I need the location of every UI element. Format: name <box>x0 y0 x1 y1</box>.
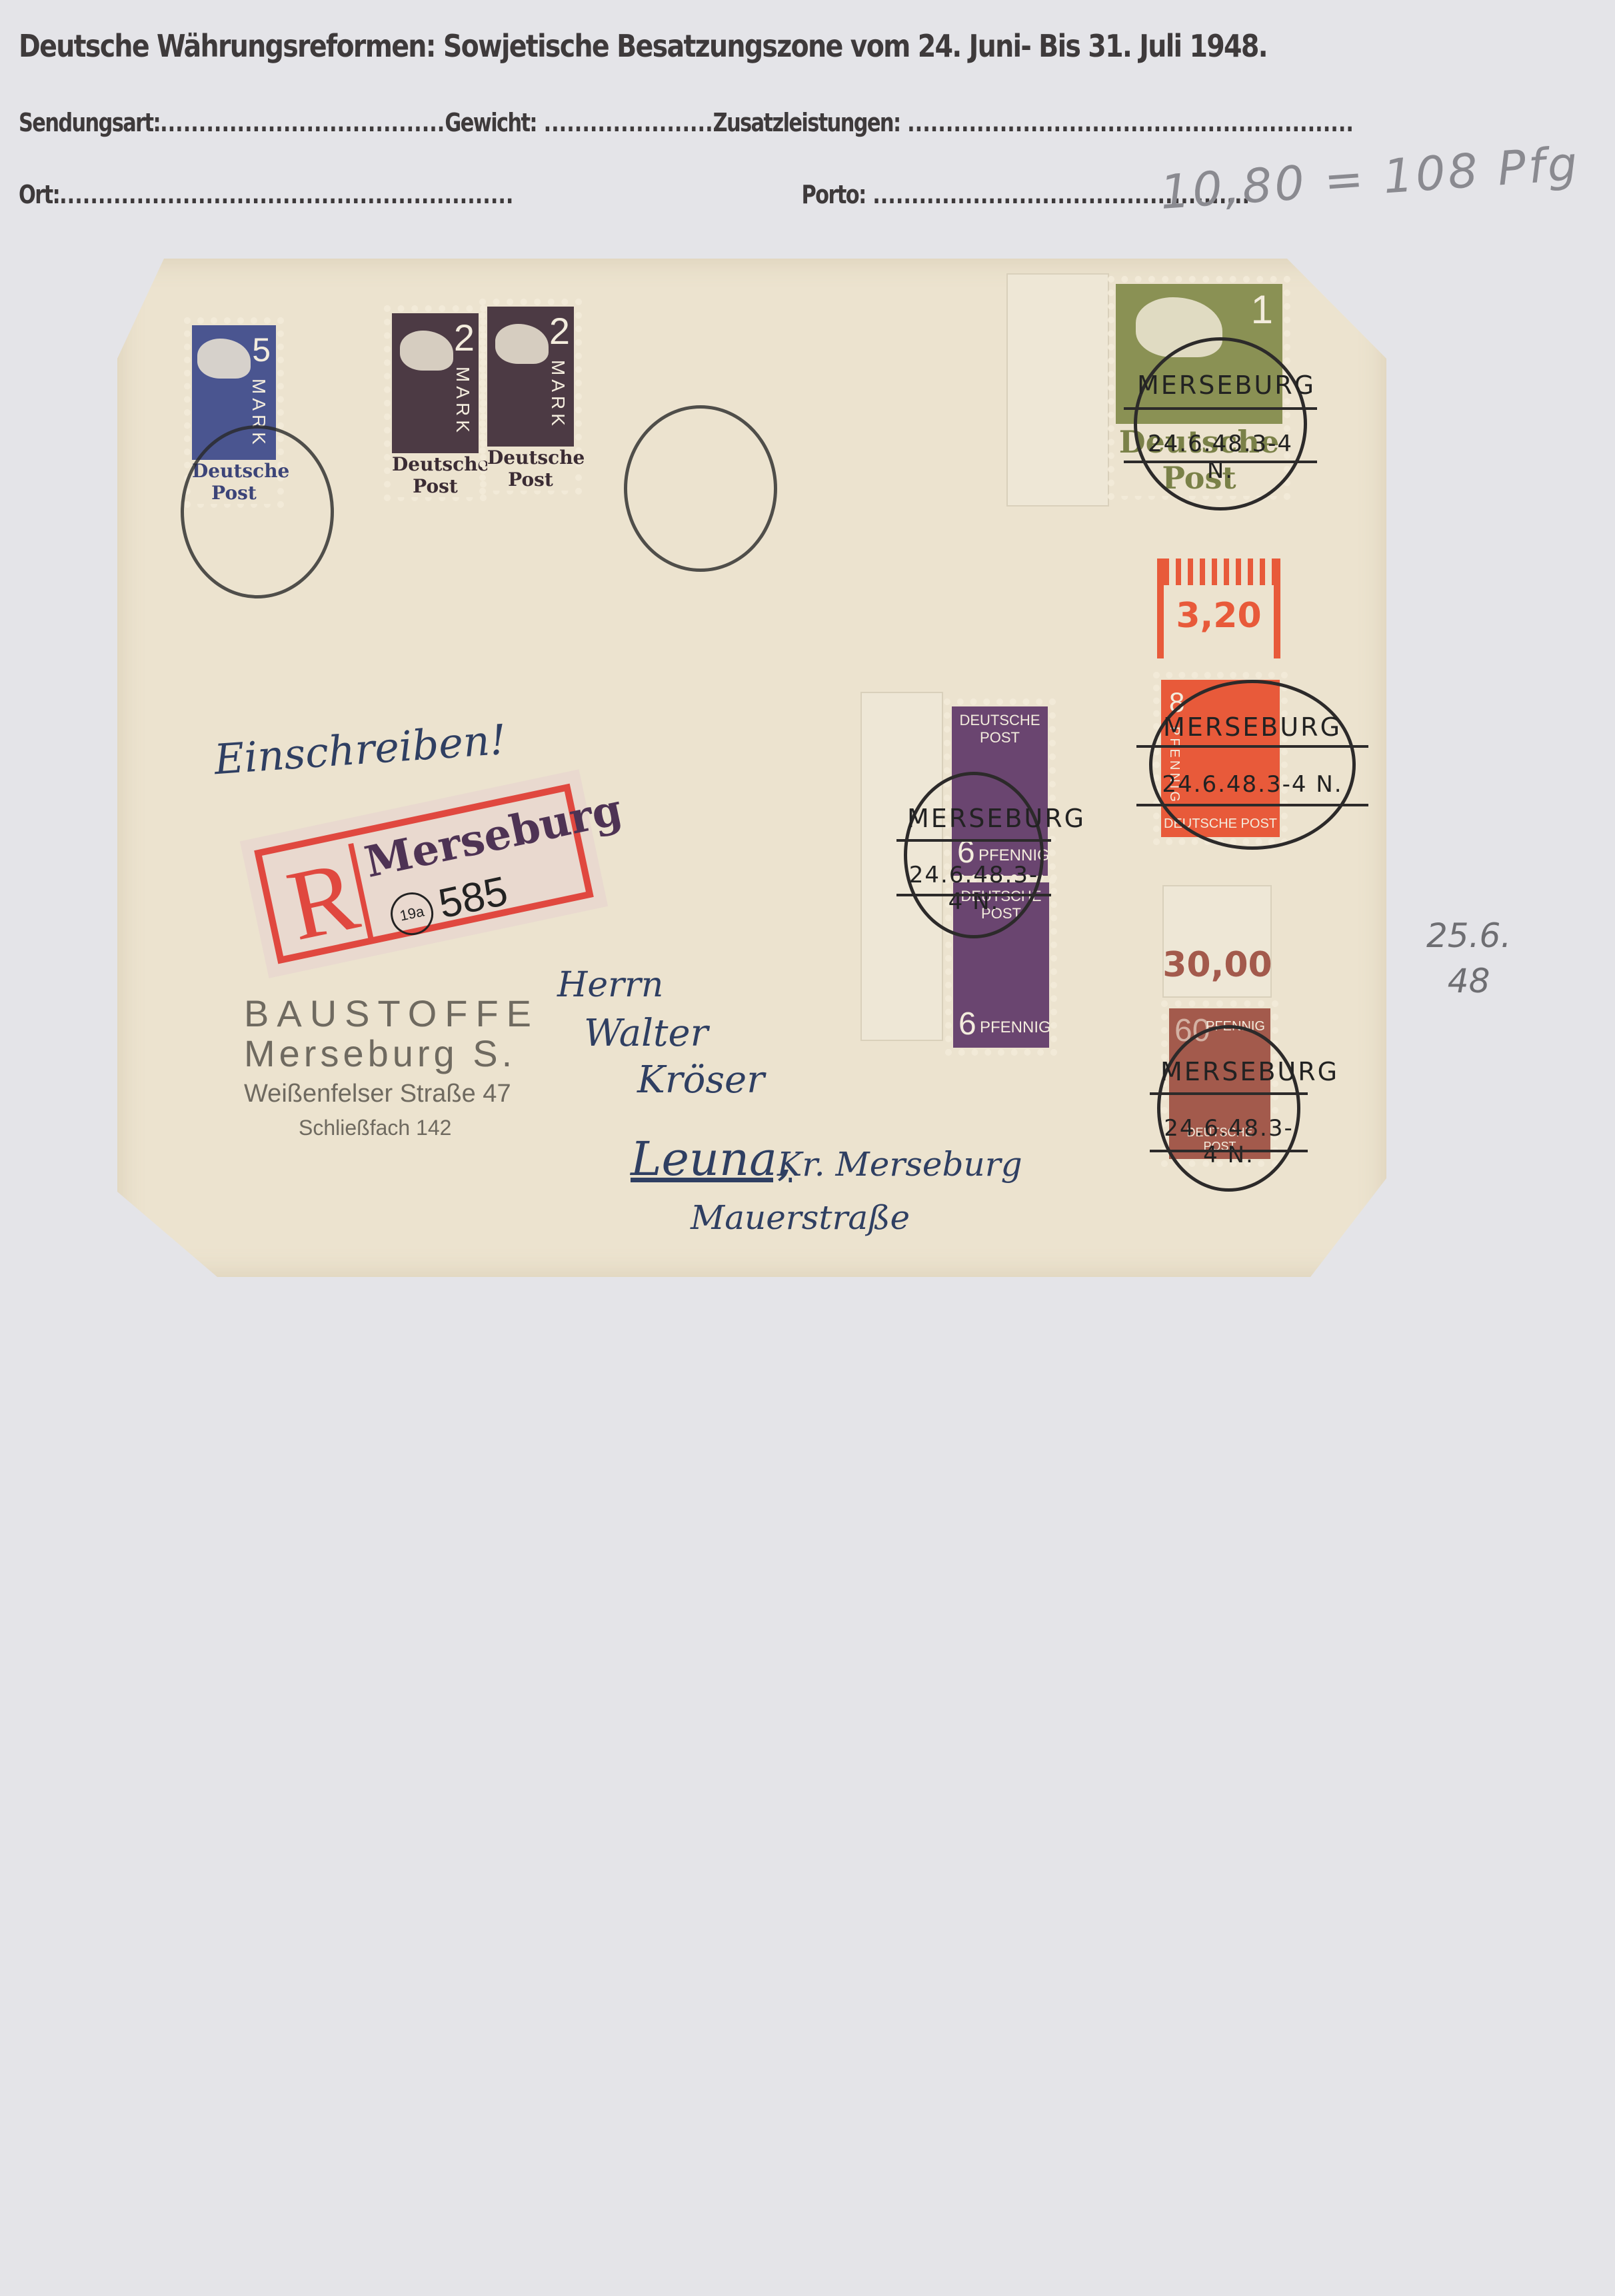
postmark: MERSEBURG 24.6.48.3-4 N. <box>1134 337 1307 511</box>
postmark: MERSEBURG 24.6.48.3-4 N. <box>1157 1025 1300 1192</box>
form-row-shipment: Sendungsart:............................… <box>19 108 1354 137</box>
stamp-2-mark-right: 2 MARK Deutsche Post <box>487 307 574 487</box>
recipient-salutation: Herrn <box>557 965 663 1005</box>
recipient-last-name: Kröser <box>637 1058 765 1102</box>
sender-pobox: Schließfach 142 <box>299 1116 451 1140</box>
sheet-margin <box>1006 273 1109 507</box>
registration-letter: R <box>277 843 375 957</box>
postmark: MERSEBURG 24.6.48.3-4 N. <box>1149 680 1356 850</box>
sendungsart-field: ..................................... <box>160 108 445 137</box>
page-title: Deutsche Währungsreformen: Sowjetische B… <box>19 28 1267 64</box>
stamp-unit: PFENNIG <box>980 1018 1051 1037</box>
postmark-date: 24.6.48.3-4 N. <box>1160 1115 1297 1168</box>
zusatzleistungen-label: Zusatzleistungen: <box>713 108 900 137</box>
postmark-city: MERSEBURG <box>907 804 1040 833</box>
dove-icon <box>197 339 251 379</box>
date-note-line-1: 25.6. <box>1426 913 1511 958</box>
date-note-line-2: 48 <box>1426 958 1511 1004</box>
form-row-location: Ort:....................................… <box>19 180 1250 209</box>
postmark <box>181 425 334 598</box>
sendungsart-label: Sendungsart: <box>19 108 160 137</box>
recipient-first-name: Walter <box>584 1012 708 1055</box>
postmark-city: MERSEBURG <box>1152 712 1352 742</box>
sender-city: Merseburg S. <box>244 1032 516 1075</box>
stamp-unit: MARK <box>547 360 569 430</box>
sheet-margin: 3,20 <box>1157 559 1280 665</box>
postmark: MERSEBURG 24.6.48.3-4 N. <box>904 772 1044 938</box>
postmark-date: 24.6.48.3-4 N. <box>1152 771 1352 798</box>
date-pencil-note: 25.6. 48 <box>1426 913 1511 1004</box>
postmark-date: 24.6.48.3-4 N. <box>1137 431 1304 484</box>
stamp-value: 5 <box>252 331 271 369</box>
stamp-inscription: DEUTSCHE POST <box>952 712 1048 746</box>
postmark-date: 24.6.48.3-4 N. <box>907 862 1040 915</box>
recipient-district: Kr. Merseburg <box>777 1145 1022 1184</box>
registration-office: 19a <box>387 888 437 939</box>
registration-number: 585 <box>435 867 512 928</box>
margin-value-3-20: 3,20 <box>1157 596 1280 636</box>
stamp-inscription: Deutsche Post <box>487 447 574 491</box>
stamp-value: 2 <box>454 316 475 359</box>
stamp-inscription: Deutsche Post <box>392 453 479 497</box>
postmark-city: MERSEBURG <box>1137 371 1304 400</box>
sender-street: Weißenfelser Straße 47 <box>244 1080 511 1108</box>
gewicht-field: ...................... <box>537 108 713 137</box>
porto-label: Porto: <box>801 180 865 209</box>
postmark-city: MERSEBURG <box>1160 1057 1297 1086</box>
handwritten-service-note: Einschreiben! <box>213 715 508 784</box>
porto-pencil-note: 10,80 = 108 Pfg <box>1158 136 1582 220</box>
stamp-value: 6 <box>958 1006 976 1042</box>
stamp-value: 2 <box>549 309 570 353</box>
envelope-cover: 5 MARK Deutsche Post 2 MARK Deutsche Pos… <box>117 259 1386 1277</box>
stamp-2-mark-left: 2 MARK Deutsche Post <box>392 313 479 493</box>
registration-label: R Merseburg 19a 585 <box>240 769 608 978</box>
sender-company: BAUSTOFFE <box>244 992 539 1035</box>
ort-label: Ort: <box>19 180 59 209</box>
stamp-value: 1 <box>1251 287 1273 333</box>
margin-value-30-00: 30,00 <box>1162 945 1272 985</box>
recipient-town: Leuna, <box>631 1132 792 1186</box>
stamp-unit: MARK <box>452 367 473 437</box>
dove-icon <box>495 324 549 364</box>
gewicht-label: Gewicht: <box>445 108 537 137</box>
zusatzleistungen-field: ........................................… <box>900 108 1354 137</box>
dove-icon <box>400 331 453 371</box>
postmark <box>624 405 777 572</box>
ort-field: ........................................… <box>59 180 513 209</box>
recipient-street: Mauerstraße <box>691 1198 910 1237</box>
